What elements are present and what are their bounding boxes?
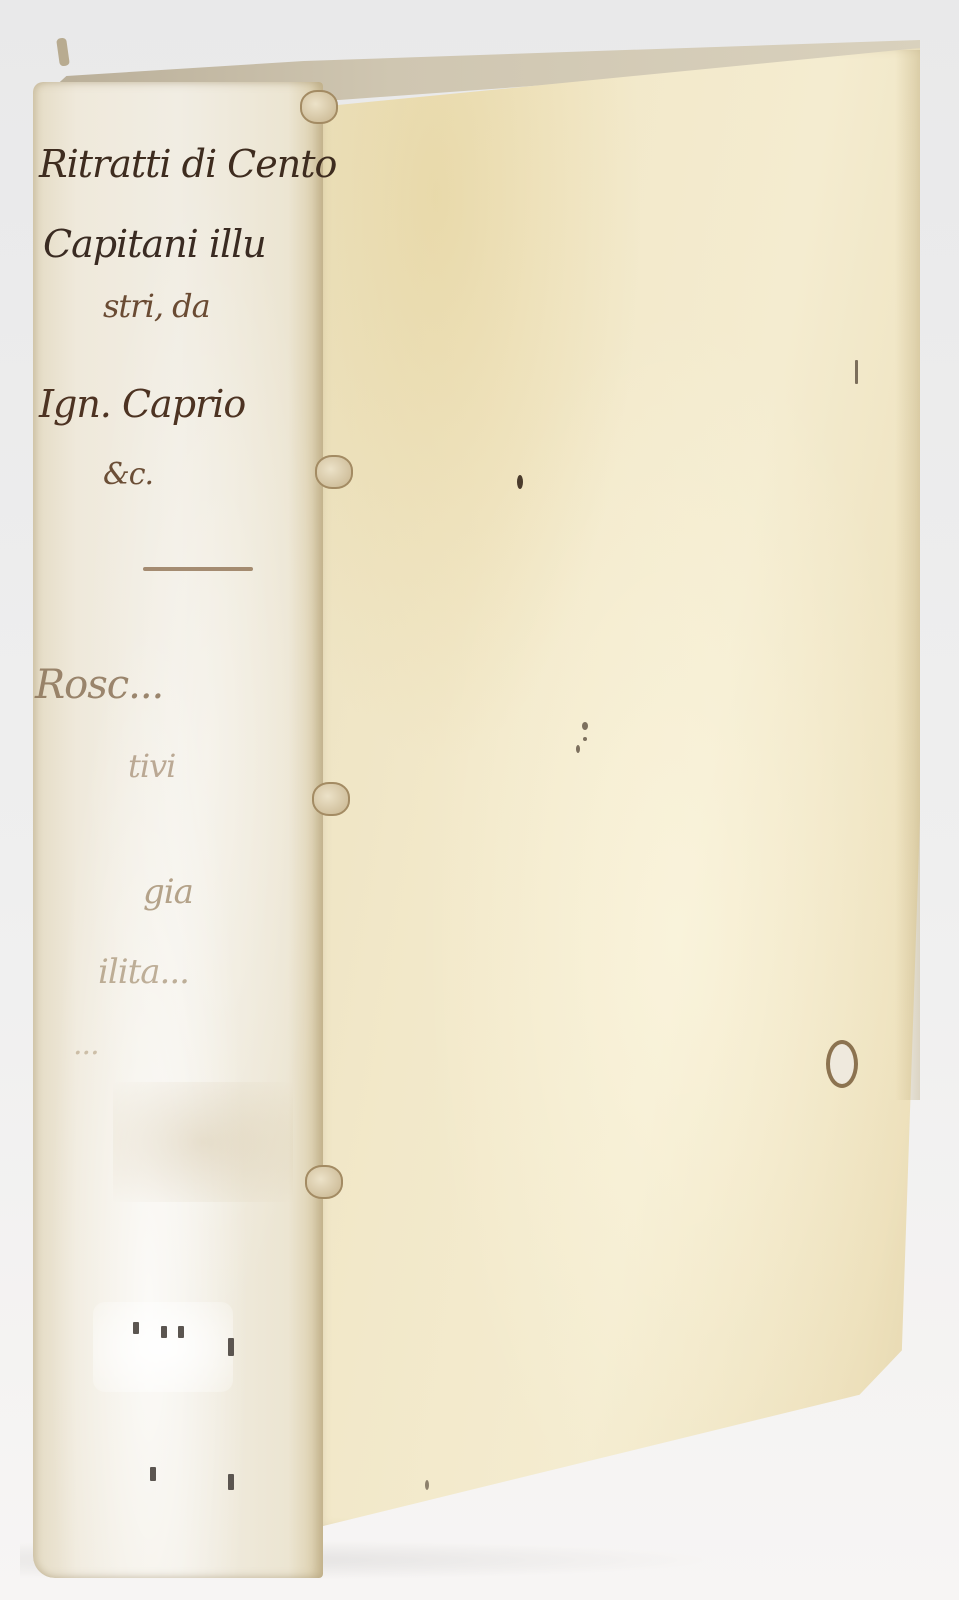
- label-remnant-mark: [150, 1467, 156, 1481]
- spine-inscription-line: Capitani illu: [43, 222, 333, 266]
- cover-spot: [583, 737, 587, 741]
- cover-spot: [582, 722, 588, 730]
- spine-inscription-line: Ign. Caprio: [39, 382, 329, 426]
- cover-spot: [576, 745, 580, 753]
- raised-band: [312, 782, 350, 816]
- tie-hole: [826, 1040, 858, 1088]
- label-remnant-mark: [228, 1474, 234, 1490]
- cover-fore-edge-shadow: [895, 50, 920, 1100]
- spine-divider-rule: [143, 567, 253, 571]
- front-cover: [315, 48, 920, 1528]
- spine-inscription-line: stri, da: [103, 287, 393, 325]
- cover-spot: [517, 475, 523, 489]
- book-spine: Ritratti di Cento Capitani illu stri, da…: [33, 82, 323, 1578]
- spine-inscription-line: tivi: [128, 747, 418, 785]
- label-remnant-mark: [133, 1322, 139, 1334]
- spine-inscription-line: Ritratti di Cento: [39, 142, 329, 186]
- spine-label-remnant: [93, 1302, 233, 1392]
- raised-band: [315, 455, 353, 489]
- spine-inscription-line: ilita...: [98, 952, 388, 992]
- spine-inscription-line: ...: [73, 1027, 363, 1062]
- spine-inscription-line: gia: [143, 872, 433, 912]
- spine-stain: [113, 1082, 293, 1202]
- cover-spot: [425, 1480, 429, 1490]
- label-remnant-mark: [228, 1338, 234, 1356]
- headband-tie: [56, 37, 70, 66]
- spine-inscription-line: Rosc...: [35, 662, 325, 708]
- book-photo: Ritratti di Cento Capitani illu stri, da…: [0, 0, 959, 1600]
- cover-mark: [855, 360, 858, 384]
- label-remnant-mark: [161, 1326, 167, 1338]
- raised-band: [305, 1165, 343, 1199]
- raised-band: [300, 90, 338, 124]
- label-remnant-mark: [178, 1326, 184, 1338]
